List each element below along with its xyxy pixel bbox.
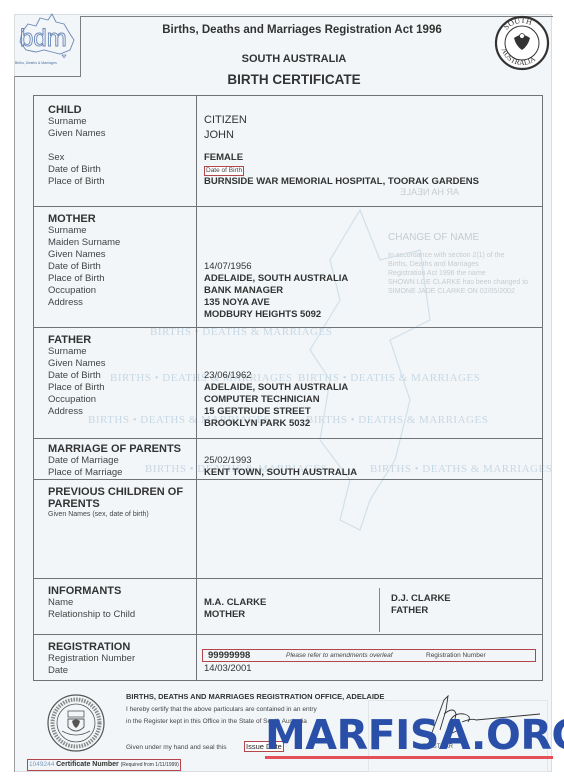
row-divider	[34, 327, 542, 328]
marfisa-watermark: MARFISA.ORG	[265, 713, 564, 757]
column-divider	[196, 96, 197, 680]
previous-children-heading-2: PARENTS	[48, 498, 183, 510]
registry-office-name: BIRTHS, DEATHS AND MARRIAGES REGISTRATIO…	[126, 692, 384, 701]
certificate-number-label: Certificate Number	[56, 761, 119, 768]
registration-heading: REGISTRATION	[48, 641, 135, 653]
label: Place of Birth	[48, 273, 120, 285]
given-under-text: Given under my hand and seal this	[126, 744, 226, 751]
label: Date of Birth	[48, 164, 106, 176]
registry-office-seal-icon	[46, 693, 106, 753]
father-dob: 23/06/1962	[204, 370, 252, 382]
mother-address-line2: MODBURY HEIGHTS 5092	[204, 309, 321, 321]
sheet-border-left	[14, 76, 15, 772]
mother-heading: MOTHER	[48, 213, 120, 225]
informant-1-relationship: MOTHER	[204, 609, 245, 621]
label: Place of Birth	[48, 382, 106, 394]
label: Date of Birth	[48, 370, 106, 382]
father-occupation: COMPUTER TECHNICIAN	[204, 394, 320, 406]
label: Place of Marriage	[48, 467, 181, 479]
certificate-serial: 1049244	[29, 761, 54, 768]
father-place-of-birth: ADELAIDE, SOUTH AUSTRALIA	[204, 382, 348, 394]
informant-2-relationship: FATHER	[391, 605, 428, 617]
row-divider	[34, 479, 542, 480]
registration-number-tag: Registration Number	[426, 651, 486, 661]
label: Date of Marriage	[48, 455, 181, 467]
child-section-labels: CHILD Surname Given Names Sex Date of Bi…	[48, 104, 106, 188]
label: Surname	[48, 346, 106, 358]
label: Sex	[48, 152, 106, 164]
label: Registration Number	[48, 653, 135, 665]
certificate-table: CHILD Surname Given Names Sex Date of Bi…	[33, 95, 543, 681]
father-section-labels: FATHER Surname Given Names Date of Birth…	[48, 334, 106, 418]
label: Maiden Surname	[48, 237, 120, 249]
registration-number-box: 99999998 Please refer to amendments over…	[202, 649, 536, 662]
label: Given Names	[48, 128, 106, 140]
marriage-heading: MARRIAGE OF PARENTS	[48, 443, 181, 455]
label: Relationship to Child	[48, 609, 135, 621]
child-surname: CITIZEN	[204, 114, 247, 126]
act-title: Births, Deaths and Marriages Registratio…	[0, 24, 564, 36]
previous-children-sublabel: Given Names (sex, date of birth)	[48, 510, 183, 520]
mother-section-labels: MOTHER Surname Maiden Surname Given Name…	[48, 213, 120, 309]
label: Date	[48, 665, 135, 677]
label: Date of Birth	[48, 261, 120, 273]
child-given-names: JOHN	[204, 129, 234, 141]
label: Place of Birth	[48, 176, 106, 188]
marriage-date: 25/02/1993	[204, 455, 252, 467]
informants-divider	[379, 588, 380, 632]
previous-children-heading: PREVIOUS CHILDREN OF	[48, 486, 183, 498]
marfisa-underline	[265, 756, 553, 759]
label: Address	[48, 406, 106, 418]
informants-heading: INFORMANTS	[48, 585, 135, 597]
row-divider	[34, 206, 542, 207]
mother-occupation: BANK MANAGER	[204, 285, 283, 297]
informant-2-name: D.J. CLARKE	[391, 593, 451, 605]
informants-section-labels: INFORMANTS Name Relationship to Child	[48, 585, 135, 621]
father-address-line2: BROOKLYN PARK 5032	[204, 418, 310, 430]
registration-number: 99999998	[208, 650, 250, 662]
child-place-of-birth: BURNSIDE WAR MEMORIAL HOSPITAL, TOORAK G…	[204, 176, 479, 188]
mother-place-of-birth: ADELAIDE, SOUTH AUSTRALIA	[204, 273, 348, 285]
registration-section-labels: REGISTRATION Registration Number Date	[48, 641, 135, 677]
label: Surname	[48, 116, 106, 128]
certificate-required-note: (Required from 1/11/1999)	[121, 762, 179, 768]
child-dob-placeholder: Date of Birth	[204, 166, 244, 176]
child-dob-field: Date of Birth	[204, 164, 244, 176]
father-address-line1: 15 GERTRUDE STREET	[204, 406, 311, 418]
child-sex: FEMALE	[204, 152, 243, 164]
row-divider	[34, 438, 542, 439]
certificate-number-box: 1049244 Certificate Number (Required fro…	[27, 759, 181, 771]
state-title: SOUTH AUSTRALIA	[0, 53, 564, 65]
amendments-note: Please refer to amendments overleaf	[286, 651, 393, 661]
registration-date: 14/03/2001	[204, 663, 252, 675]
label: Occupation	[48, 394, 106, 406]
informant-1-name: M.A. CLARKE	[204, 597, 266, 609]
father-heading: FATHER	[48, 334, 106, 346]
label: Occupation	[48, 285, 120, 297]
document-title: BIRTH CERTIFICATE	[0, 72, 564, 87]
row-divider	[34, 634, 542, 635]
marriage-place: KENT TOWN, SOUTH AUSTRALIA	[204, 467, 357, 479]
header-border-top	[80, 16, 553, 17]
marriage-section-labels: MARRIAGE OF PARENTS Date of Marriage Pla…	[48, 443, 181, 479]
row-divider	[34, 578, 542, 579]
previous-children-labels: PREVIOUS CHILDREN OF PARENTS Given Names…	[48, 486, 183, 520]
label: Address	[48, 297, 120, 309]
label: Given Names	[48, 249, 120, 261]
child-heading: CHILD	[48, 104, 106, 116]
label: Name	[48, 597, 135, 609]
mother-dob: 14/07/1956	[204, 261, 252, 273]
label: Surname	[48, 225, 120, 237]
mother-address-line1: 135 NOYA AVE	[204, 297, 270, 309]
label: Given Names	[48, 358, 106, 370]
